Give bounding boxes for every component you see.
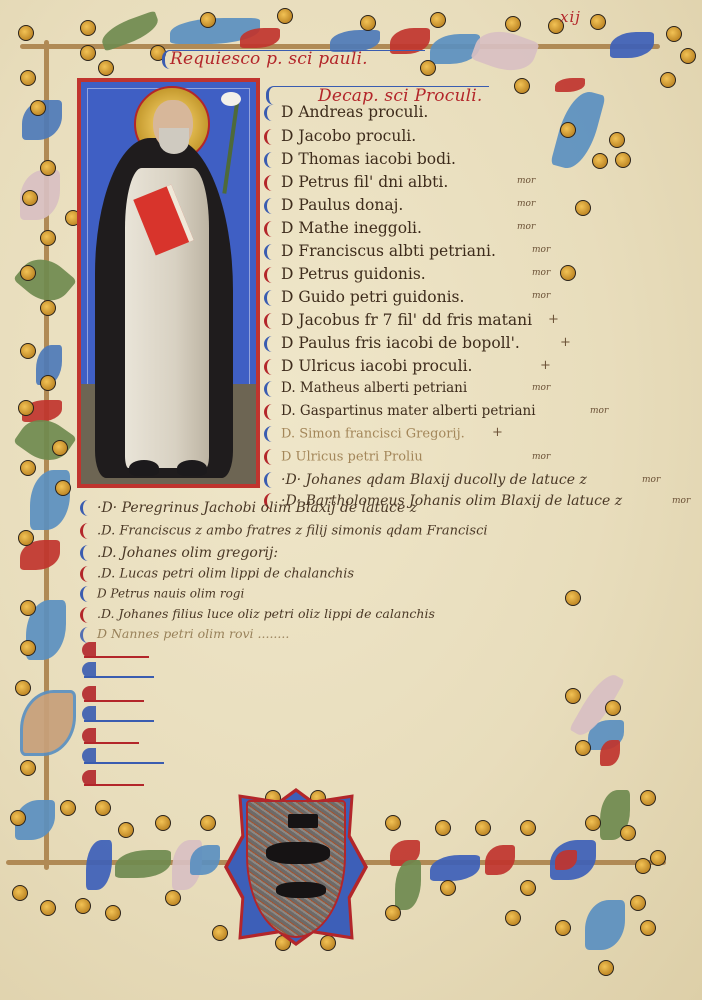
acanthus-leaf-icon [470,23,539,79]
empty-ruled-line [84,700,144,702]
heraldic-charge-icon [266,842,330,864]
gold-bezant-icon [95,800,111,816]
gold-bezant-icon [40,230,56,246]
gold-bezant-icon [20,70,36,86]
gold-bezant-icon [20,760,36,776]
acanthus-leaf-icon [610,32,654,58]
list-item: D. Simon francisci Gregorij. [264,426,465,442]
list-item: D Petrus nauis olim rogi [80,586,244,602]
saint-foot [177,460,207,476]
list-item: D. Matheus alberti petriani [264,380,467,397]
margin-annotation: + [548,312,559,327]
margin-annotation: mor [517,222,535,232]
acanthus-leaf-icon [20,690,76,756]
saint-foot [129,460,159,476]
manuscript-page: xij Requiesco p. sci pauli. Decap. sci P… [0,0,702,1000]
saint-beard [159,128,189,154]
gold-bezant-icon [80,20,96,36]
folio-number: xij [560,8,581,26]
saint-miniature [77,78,260,488]
acanthus-leaf-icon [395,860,421,910]
acanthus-leaf-icon [190,845,220,875]
gold-bezant-icon [640,790,656,806]
list-item: D Andreas proculi. [264,103,428,121]
acanthus-leaf-icon [86,840,112,890]
lily-flower-icon [221,92,241,106]
margin-annotation: + [540,358,551,373]
list-item: D Petrus fil' dni albti. [264,173,448,191]
list-item: ·D· Johanes qdam Blaxij ducolly de latuc… [264,472,587,488]
list-item: .D. Franciscus z ambo fratres z filij si… [80,523,488,539]
gold-bezant-icon [592,153,608,169]
gold-bezant-icon [212,925,228,941]
gold-bezant-icon [155,815,171,831]
list-item: D Ulricus petri Proliu [264,449,423,465]
gold-bezant-icon [98,60,114,76]
gold-bezant-icon [565,590,581,606]
gold-bezant-icon [20,343,36,359]
gold-bezant-icon [52,440,68,456]
gold-bezant-icon [666,26,682,42]
list-item: D Thomas iacobi bodi. [264,150,456,168]
list-item: .D. Johanes filius luce oliz petri oliz … [80,606,435,623]
gold-bezant-icon [430,12,446,28]
margin-annotation: + [492,425,503,440]
gold-bezant-icon [40,300,56,316]
gold-bezant-icon [660,72,676,88]
gold-bezant-icon [620,825,636,841]
gold-bezant-icon [277,8,293,24]
gold-bezant-icon [514,78,530,94]
gold-bezant-icon [598,960,614,976]
gold-bezant-icon [575,200,591,216]
empty-ruled-line [84,742,139,744]
gold-bezant-icon [520,820,536,836]
margin-annotation: mor [517,199,535,209]
gold-bezant-icon [615,152,631,168]
gold-bezant-icon [385,905,401,921]
gold-bezant-icon [18,25,34,41]
margin-annotation: mor [642,475,660,485]
gold-bezant-icon [609,132,625,148]
list-item: D Mathe ineggoli. [264,219,422,237]
list-item: ·D· Peregrinus Jachobi olim Blaxij de la… [80,500,417,516]
gold-bezant-icon [165,890,181,906]
margin-annotation: mor [590,406,608,416]
list-item: D Jacobus fr 7 fil' dd fris matani [264,311,532,329]
gold-bezant-icon [565,688,581,704]
gold-bezant-icon [575,740,591,756]
empty-ruled-line [84,784,144,786]
acanthus-leaf-icon [115,850,171,878]
acanthus-leaf-icon [555,78,585,92]
gold-bezant-icon [505,910,521,926]
gold-bezant-icon [630,895,646,911]
margin-annotation: mor [672,496,690,506]
gold-bezant-icon [30,100,46,116]
gold-bezant-icon [680,48,696,64]
gold-bezant-icon [475,820,491,836]
list-item: D Franciscus albti petriani. [264,242,496,260]
list-item: .D. Lucas petri olim lippi de chalanchis [80,566,354,582]
gold-bezant-icon [20,600,36,616]
gold-bezant-icon [605,700,621,716]
gold-bezant-icon [560,122,576,138]
empty-ruled-line [84,676,154,678]
gold-bezant-icon [585,815,601,831]
gold-bezant-icon [80,45,96,61]
gold-bezant-icon [40,375,56,391]
list-item: D Guido petri guidonis. [264,288,464,306]
gold-bezant-icon [505,16,521,32]
heraldic-charge-icon [276,882,326,898]
margin-annotation: mor [532,268,550,278]
list-item: D. Gaspartinus mater alberti petriani [264,403,536,420]
margin-annotation: mor [517,176,535,186]
gold-bezant-icon [20,460,36,476]
gold-bezant-icon [118,822,134,838]
gold-bezant-icon [55,480,71,496]
list-item: D Paulus donaj. [264,196,403,214]
list-item: .D. Johanes olim gregorij: [80,545,278,561]
gold-bezant-icon [200,815,216,831]
acanthus-leaf-icon [30,470,70,530]
gold-bezant-icon [520,880,536,896]
gold-bezant-icon [40,900,56,916]
margin-annotation: mor [532,245,550,255]
list-item: D Petrus guidonis. [264,265,426,283]
gold-bezant-icon [440,880,456,896]
margin-annotation: mor [532,383,550,393]
gold-bezant-icon [18,530,34,546]
empty-ruled-line [84,656,149,658]
gold-bezant-icon [40,160,56,176]
gold-bezant-icon [20,265,36,281]
gold-bezant-icon [555,920,571,936]
margin-annotation: mor [532,291,550,301]
acanthus-leaf-icon [585,900,625,950]
gold-bezant-icon [360,15,376,31]
gold-bezant-icon [385,815,401,831]
list-item: D Ulricus iacobi proculi. [264,357,472,375]
gold-bezant-icon [20,640,36,656]
acanthus-leaf-icon [485,845,515,875]
gold-bezant-icon [320,935,336,951]
empty-ruled-line [84,720,154,722]
gold-bezant-icon [105,905,121,921]
margin-annotation: + [560,335,571,350]
acanthus-leaf-icon [600,740,620,766]
gold-bezant-icon [200,12,216,28]
gold-bezant-icon [560,265,576,281]
gold-bezant-icon [60,800,76,816]
gold-bezant-icon [15,680,31,696]
gold-bezant-icon [18,400,34,416]
top-rubric-heading: Requiesco p. sci pauli. [170,49,368,69]
gold-bezant-icon [12,885,28,901]
gold-bezant-icon [435,820,451,836]
acanthus-leaf-icon [430,855,480,881]
gold-bezant-icon [590,14,606,30]
gold-bezant-icon [650,850,666,866]
list-item: D Jacobo proculi. [264,127,416,145]
gold-bezant-icon [635,858,651,874]
gold-bezant-icon [22,190,38,206]
list-item: D Nannes petri olim rovi ........ [80,626,289,643]
empty-ruled-line [84,762,164,764]
list-item: D Paulus fris iacobi de bopoll'. [264,334,520,352]
gold-bezant-icon [10,810,26,826]
margin-annotation: mor [532,452,550,462]
heraldic-charge-icon [288,814,318,828]
gold-bezant-icon [75,898,91,914]
gold-bezant-icon [640,920,656,936]
